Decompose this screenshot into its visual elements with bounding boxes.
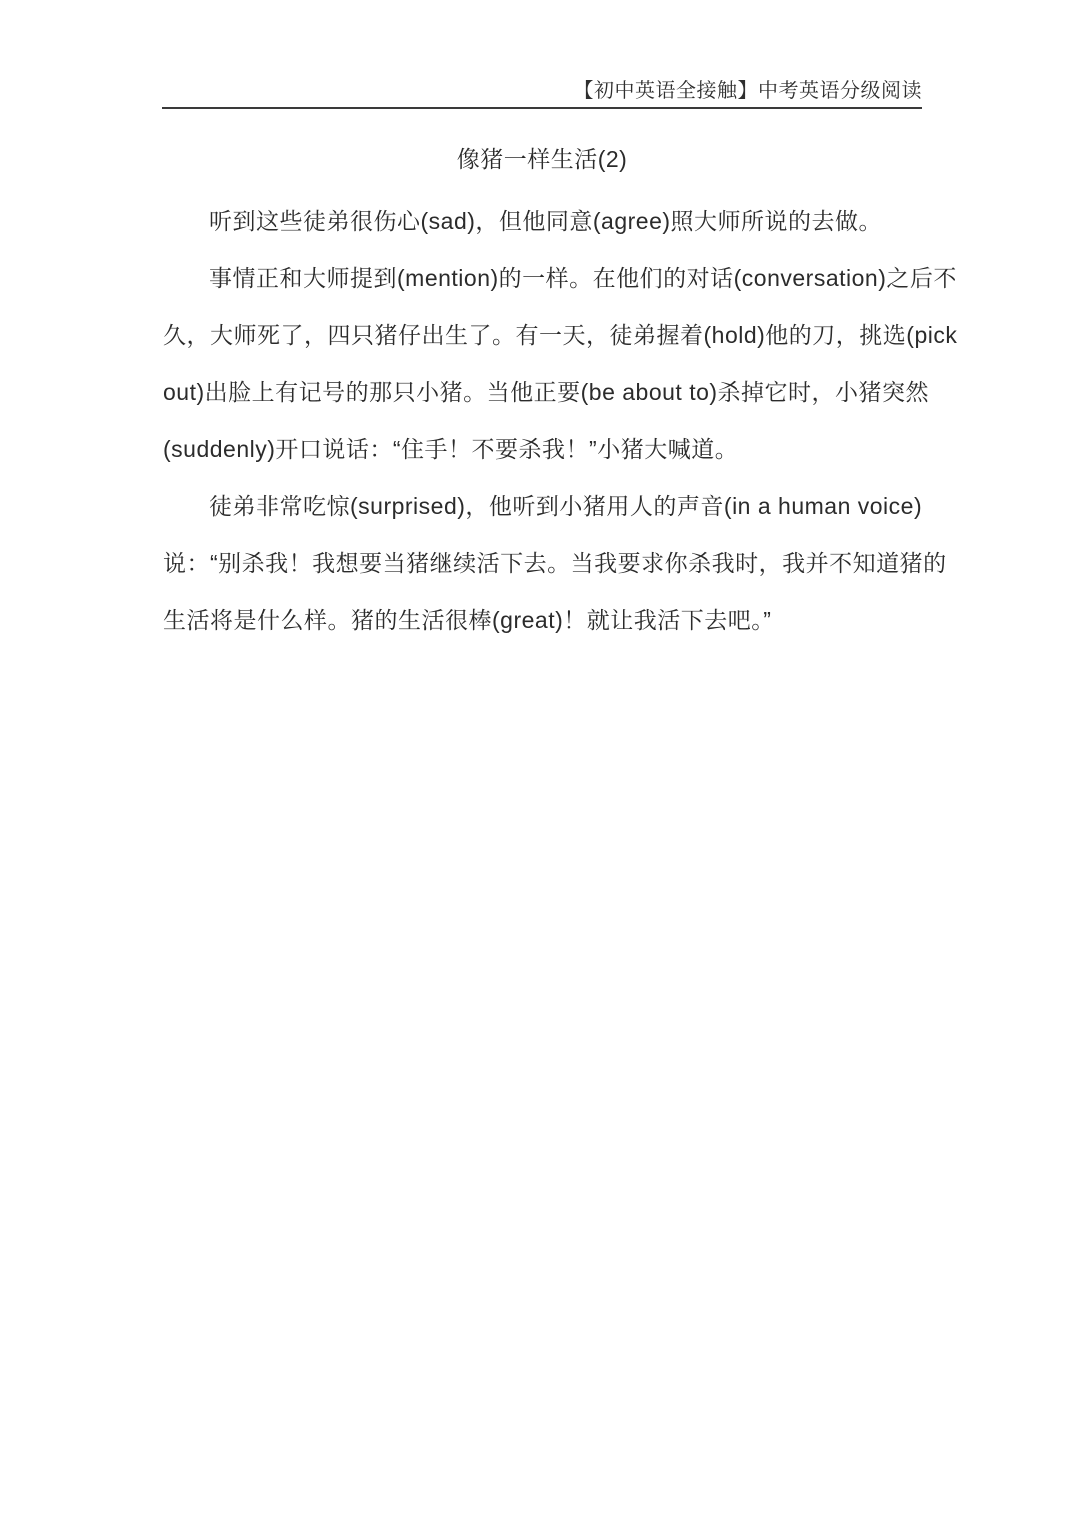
document-page: 【初中英语全接触】中考英语分级阅读 像猪一样生活(2) 听到这些徒弟很伤心(sa…	[0, 0, 1080, 1528]
para3-line3: 生活将是什么样。猪的生活很棒(great)！就让我活下去吧。”	[163, 592, 928, 649]
article-title: 像猪一样生活(2)	[162, 131, 922, 188]
header-series-title: 【初中英语全接触】中考英语分级阅读	[574, 80, 923, 102]
para3-line2: 说：“别杀我！我想要当猪继续活下去。当我要求你杀我时，我并不知道猪的	[163, 535, 928, 592]
para2-line1: 事情正和大师提到(mention)的一样。在他们的对话(conversation…	[163, 250, 928, 307]
page-header: 【初中英语全接触】中考英语分级阅读	[162, 78, 922, 104]
para2-line3: out)出脸上有记号的那只小猪。当他正要(be about to)杀掉它时，小猪…	[163, 364, 928, 421]
para1-line1: 听到这些徒弟很伤心(sad)，但他同意(agree)照大师所说的去做。	[163, 193, 928, 250]
para3-line1: 徒弟非常吃惊(surprised)，他听到小猪用人的声音(in a human …	[163, 478, 928, 535]
article-body: 听到这些徒弟很伤心(sad)，但他同意(agree)照大师所说的去做。 事情正和…	[163, 193, 928, 649]
para2-line2: 久，大师死了，四只猪仔出生了。有一天，徒弟握着(hold)他的刀，挑选(pick	[163, 307, 928, 364]
header-divider	[162, 107, 922, 109]
para2-line4: (suddenly)开口说话：“住手！不要杀我！”小猪大喊道。	[163, 421, 928, 478]
